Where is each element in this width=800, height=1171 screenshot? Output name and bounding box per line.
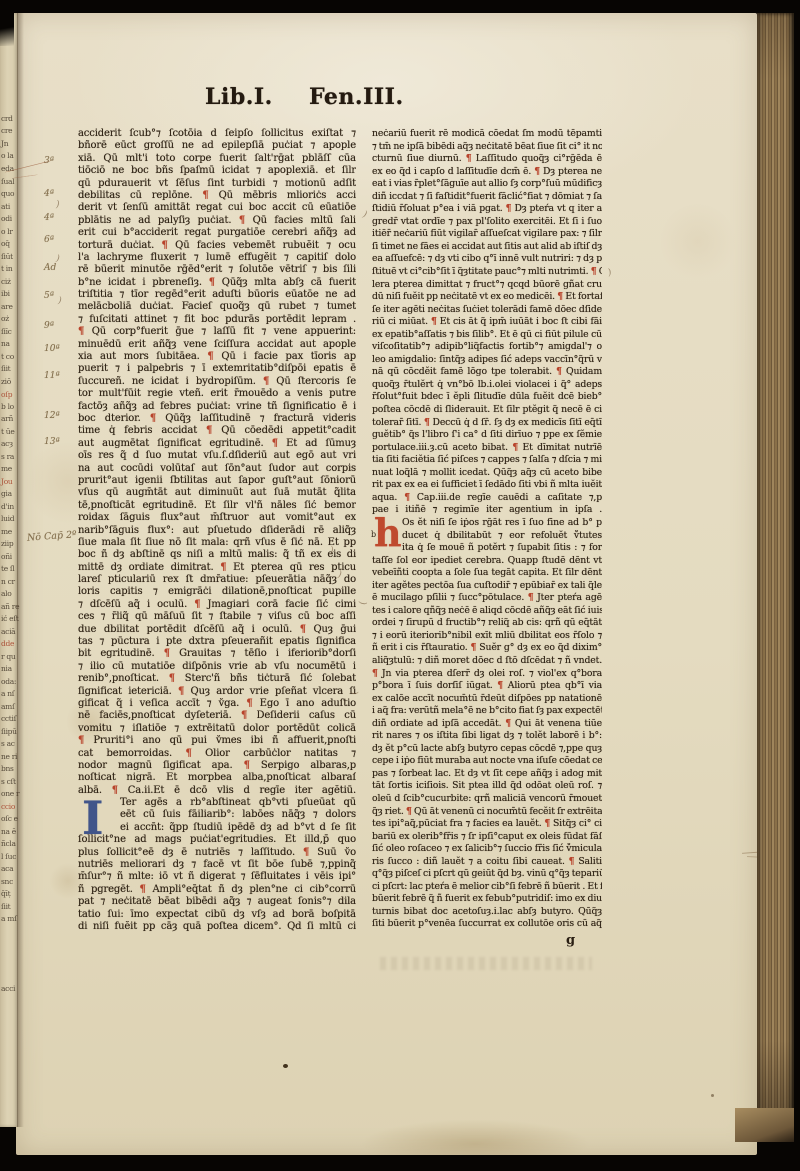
text-line: tāt̄ ſortis iciſiois. Sit ptea illd̄ q̃d… [372, 780, 602, 793]
text-line: r̄ſolut°fuit bdec ī ĕpli ſlitudīe dūla f… [372, 391, 602, 404]
text-line: ¶ Pruriti°i ano qū pui v̊mes ibi ñ affue… [78, 735, 356, 747]
text-line: riū ci miūat. ¶ Et cis āt q̃ ipm̄ iuūāt … [372, 316, 602, 329]
text-line: tas ⁊ pūctura i pte dxtra pſeuerañit epa… [78, 636, 356, 648]
edge-text-fragment: s ra [1, 453, 14, 461]
text-line: ea aſſuefcē: ⁊ dȝ vti cibo q°ī innē vult… [372, 253, 602, 266]
edge-text-fragment: acȝ [1, 440, 13, 448]
rubric-pilcrow: ¶ [544, 818, 550, 829]
text-line: ordei ⁊ ſirupū d fructib°⁊ reliq̃ ab cis… [372, 617, 602, 630]
edge-text-fragment: Jou [1, 478, 12, 486]
text-line: q̃ȝ riet. ¶ Qū āt venenū ci nocum̄tū fec… [372, 806, 602, 819]
margin-numeral: 4ª [44, 213, 54, 223]
edge-text-fragment: o lr [1, 228, 13, 236]
text-line: vſus qū augm̄tāt̄ aut diminuūt̄ aut ſuā … [78, 487, 356, 499]
margin-numeral: 10ª [44, 344, 60, 354]
text-line: tolerar̄ ſitī. ¶ Deccū q̇ d ſr̄. ſȝ dȝ e… [372, 417, 602, 430]
rubric-pilcrow: ¶ [372, 668, 378, 679]
text-line: roidax ſāguis flux°aut m̄ſtruor aut vomi… [78, 512, 356, 524]
text-line: ⁊ fuſcitati attinet ⁊ fit boc pdurās por… [78, 314, 356, 326]
margin-numeral: 9ª [44, 321, 54, 331]
text-line: cepe i iṗo fiūt muraba aut nocte vna iſu… [372, 755, 602, 768]
text-line: acciderit ſcub°⁊ ſcotōia d ſeipſo ſollic… [78, 128, 356, 140]
text-line: pat̄ ⁊ neċitatē bēat bibēdi aq̃ȝ ⁊ augea… [78, 896, 356, 908]
text-line: pas ⁊ ſorbeat lac. Et dȝ vt ſīt cepe añq… [372, 768, 602, 781]
text-line: due dbilitat̄ portēdit dſcēſū aq̃ i ocul… [78, 624, 356, 636]
edge-text-fragment: gia [1, 490, 12, 498]
edge-text-fragment: amſ [1, 703, 14, 711]
edge-text-fragment: nia [1, 665, 12, 673]
text-line: noſticat̄ nigrā. Et morpbea alba,pnoſtic… [78, 772, 356, 784]
text-line: na aut cocūdi volūtaſ aut ſōn°aut ſudor … [78, 463, 356, 475]
rubric-pilcrow: ¶ [471, 642, 477, 653]
rubric-pilcrow: ¶ [406, 806, 412, 817]
edge-text-fragment: snc [1, 878, 13, 886]
text-line: ces ⁊ r̄liq̃ qū māſuū ſit ⁊ ſtabile ⁊ vi… [78, 611, 356, 623]
edge-text-fragment: o la [1, 152, 14, 160]
edge-text-fragment: dde [1, 640, 14, 648]
rubric-pilcrow: ¶ [569, 856, 575, 867]
text-line: būerit febrē q̃ ñ fuerit ex febub°putrid… [372, 893, 602, 906]
margin-numeral: 4ª [44, 189, 54, 199]
text-line: ſić oleo roſaceo ⁊ ex ſalicib°⁊ ſuccio f… [372, 843, 602, 856]
text-line: prurit°aut igenii ſbtilitas aut ſapor gu… [78, 475, 356, 487]
text-line: plus ſollicit°eē dȝ ē nutriēs ⁊ laſſitud… [78, 847, 356, 859]
text-line: vebeīñti coopt̄a a ſole ſua tegāt capita… [372, 567, 602, 580]
rubric-pilcrow: ¶ [207, 351, 213, 362]
edge-text-fragment: aca [1, 865, 13, 873]
edge-text-fragment: oſc e [1, 815, 18, 823]
pen-tick-mark: ) [330, 546, 334, 556]
guide-letter: b [371, 530, 376, 539]
pen-tick-mark: ) [357, 601, 367, 605]
text-line: narib°ſāguis flux°: aut pſuetudo dſiderā… [78, 525, 356, 537]
text-line: ſuccureñ. ne icidat i bydropiſūm. ¶ Qū ſ… [78, 376, 356, 388]
rubric-pilcrow: ¶ [246, 698, 252, 709]
rubric-pilcrow: ¶ [78, 326, 84, 337]
text-line: loris capitis ⁊ emigrāċi dilationē,pnoſt… [78, 586, 356, 598]
text-line: puerit ⁊ i palpebris ⁊ ī extemritatib°di… [78, 363, 356, 375]
edge-text-fragment: ati [1, 203, 10, 211]
text-line: taſſe ſol eor ipediet cerebra. Quapp ſtu… [372, 555, 602, 568]
text-line: pae i itiñē ⁊ regimīe iter agentium in i… [372, 504, 602, 517]
rubric-pilcrow: ¶ [162, 240, 168, 251]
text-line: ex epatib°aſſatis ⁊ bis ſilib°. Et ē qū … [372, 329, 602, 342]
text-line: albā. ¶ Ca.ii.Et ē dcō vlis d regīe iter… [78, 785, 356, 797]
lombard-initial-blue-I: I [82, 795, 104, 841]
text-line: ex calōe accīt nocum̄tū r̄deūt diſpōes p… [372, 693, 602, 706]
edge-text-fragment: alo [1, 590, 12, 598]
rubric-pilcrow: ¶ [78, 735, 84, 746]
edge-text-fragment: acci [1, 985, 15, 993]
rubric-pilcrow: ¶ [556, 366, 562, 377]
text-line: factōȝ añq̃ȝ ad febres puċiat: vrine tñ … [78, 401, 356, 413]
edge-text-fragment: s ac [1, 740, 15, 748]
running-header-fen: Fen.III. [309, 84, 404, 110]
edge-text-fragment: ne ri [1, 753, 17, 761]
text-line: nutriēs meliorari dȝ ⁊ facē vt ſit bōe ſ… [78, 859, 356, 871]
edge-text-fragment: me [1, 465, 12, 473]
showthrough-ghost-line [380, 957, 592, 970]
edge-text-fragment: oñi [1, 553, 12, 561]
rubric-pilcrow: ¶ [497, 680, 503, 691]
edge-text-fragment: oq̄ [1, 240, 10, 248]
edge-text-fragment: na [1, 340, 10, 348]
rubric-pilcrow: ¶ [169, 673, 175, 684]
edge-text-fragment: t in [1, 265, 12, 273]
text-line: xia aut mors ſubitāea. ¶ Qū i facie pax … [78, 351, 356, 363]
book-fore-edge-foot [735, 1108, 794, 1142]
rubric-pilcrow: ¶ [534, 166, 540, 177]
text-line: ⁊ ilio cū mutatiōe diſpōnis vrie ab vſu … [78, 661, 356, 673]
text-line: xiā. Qū mlt'i toto corpe fuerit ſalt'rḡa… [78, 153, 356, 165]
text-line: bit egritudinē. ¶ Grauitas ⁊ tēſio i ife… [78, 648, 356, 660]
text-line: triſtitia ⁊ tīor regēd°erit aduſti būori… [78, 289, 356, 301]
text-line: m̄ſur°⁊ ñ mlte: iō vt ñ digerat̄ ⁊ ſēflu… [78, 871, 356, 883]
text-line: tes i calore qñq̃ȝ neċē ē aliqd cōcdē añ… [372, 605, 602, 618]
edge-text-fragment: ſiipū [1, 728, 17, 736]
text-line: di niſi fuĕit pp cāȝ quā poſtea dicem°. … [78, 921, 356, 933]
edge-text-fragment: arñ [1, 415, 13, 423]
text-line: ducet q̇ dbilitabūt ⁊ eor refoluĕt v̊tut… [372, 530, 602, 543]
text-line: ita q̇ ſe mouē ñ potĕrt ⁊ ſupabit ſitis … [372, 542, 602, 555]
text-line: iter agĕtes pectōa ſua cuſtodir̄ ⁊ epūbi… [372, 580, 602, 593]
edge-text-fragment: cctiſ [1, 715, 16, 723]
edge-text-fragment: ſiit [1, 365, 10, 373]
rubric-pilcrow: ¶ [185, 748, 191, 759]
rubric-pilcrow: ¶ [272, 438, 278, 449]
edge-text-fragment: s cſt [1, 778, 16, 786]
text-line: ſollicit°ne ad mags puċiat'egritudies. E… [78, 834, 356, 846]
text-line: diñ ordiate ad ipſā accedāt. ¶ Qui āt ve… [372, 718, 602, 731]
text-line: ñ erit i cis r̄ſtauratio. ¶ Suĕr g° dȝ e… [372, 642, 602, 655]
rubric-pilcrow: ¶ [206, 425, 212, 436]
edge-text-fragment: crd [1, 115, 13, 123]
edge-text-fragment: ziō [1, 378, 11, 386]
text-line: diñ iccdat ⁊ ſi faſtidit°fuerit fāclić°f… [372, 191, 602, 204]
rubric-pilcrow: ¶ [178, 686, 184, 697]
text-line: ſtituē vt ci°cib°ſit ī q̃ȝtitate pauc°⁊ … [372, 266, 602, 279]
text-line: qū pdurauerit vt ſēſus ſint turbidi ⁊ mo… [78, 178, 356, 190]
text-line: eēt cū ſuis fāiliarib°: labōes nāq̃ȝ ⁊ d… [78, 809, 356, 821]
text-line: time q̇ febris accidat ¶ Qū cōedēdi appe… [78, 425, 356, 437]
text-line: turnis bibat doc acetoſuȝ.i.lac abſȝ but… [372, 906, 602, 919]
text-line: dū niſi fuĕit pp neċitatē vt ex eo medic… [372, 291, 602, 304]
rubric-pilcrow: ¶ [140, 884, 146, 895]
rubric-pilcrow: ¶ [112, 785, 118, 796]
text-line: ſiti būerit p°venēa ſuccurrat̄ ex collut… [372, 918, 602, 931]
margin-numeral: 5ª [44, 291, 54, 301]
text-line: ſtidiū r̄ſoluat p°ea i viā pgat. ¶ Dȝ pt… [372, 203, 602, 216]
text-line: erit cui b°acciderit regat purgatiōe cer… [78, 227, 356, 239]
edge-text-fragment: oſp [1, 391, 12, 399]
text-line: itiēr̄ neċariū fiūt vigilar̄ aſſueſcat v… [372, 228, 602, 241]
ink-speck [711, 1094, 714, 1097]
edge-text-fragment: n cr [1, 578, 15, 586]
rubric-pilcrow: ¶ [505, 718, 511, 729]
rubric-pilcrow: ¶ [220, 562, 226, 573]
text-line: debilitas cū replōne. ¶ Qū mēbris mliori… [78, 190, 356, 202]
text-line: aliq̃ȝtulū: ⁊ diñ moret̄ dōec d ſtō dſcē… [372, 655, 602, 668]
text-line: bñorē eūct groſſū ne ad epilepſiā puċiat… [78, 140, 356, 152]
edge-text-fragment: na ē [1, 828, 16, 836]
edge-text-fragment: ibi [1, 290, 10, 298]
text-line: derit vt ſenſū amittāt regat cui boc acc… [78, 202, 356, 214]
text-line: lareſ pticulariū rex ſt dmr̄atiue: pſeue… [78, 574, 356, 586]
pen-tick-mark: ) [58, 296, 62, 306]
text-line: eat i vias r̄plet°ſāguīe aut allio ſȝ co… [372, 178, 602, 191]
rubric-pilcrow: ¶ [506, 203, 512, 214]
edge-text-fragment: ſual [1, 178, 14, 186]
gutter-crease [17, 13, 24, 1127]
text-line: ⁊ dſcēſū aq̃ i oculū. ¶ Jmagiari corā fa… [78, 599, 356, 611]
edge-text-fragment: te ſl [1, 565, 15, 573]
rubric-pilcrow: ¶ [466, 153, 472, 164]
text-line: gificat q̃ i veſica accīt ⁊ v̊ga. ¶ Ego … [78, 698, 356, 710]
text-line: b°ne icidat i pbreneſiȝ. ¶ Qūq̃ȝ mlta ab… [78, 277, 356, 289]
text-line: l'a lachryme fluxerit ⁊ lumē effugĕit ⁊ … [78, 252, 356, 264]
text-line: ſignificat ietericiā. ¶ Quȝ ardor vrie p… [78, 686, 356, 698]
edge-text-fragment: aciā [1, 628, 15, 636]
text-line: cturnū ſiue diurnū. ¶ Laſſitudo quoq̃ȝ c… [372, 153, 602, 166]
text-line: q°q̃ȝ piſceſ ci pſcrt qū geiūt q̃d bȝ. v… [372, 868, 602, 881]
margin-numeral: 12ª [44, 411, 60, 421]
edge-text-fragment: t ūe [1, 428, 14, 436]
margin-numeral: 13ª [44, 437, 60, 447]
edge-text-fragment: ić eſt [1, 615, 18, 623]
pen-tick-mark: ) [55, 254, 60, 264]
text-line: ex eo q̃d i capſo d laſſitudīe dcm̄ ē. ¶… [372, 166, 602, 179]
rubric-pilcrow: ¶ [528, 592, 534, 603]
text-line: neċariū fuerit rē modicā cōedat ſm modū … [372, 128, 602, 141]
text-line: aut augmētat̄ ſignificat egritudinē. ¶ E… [78, 438, 356, 450]
signature-mark: g [566, 933, 575, 948]
rubric-pilcrow: ¶ [241, 710, 247, 721]
text-line: tor mult'fūit regie vteñ. erit r̄mouēdo … [78, 388, 356, 400]
rubric-pilcrow: ¶ [209, 277, 215, 288]
rubric-pilcrow: ¶ [431, 316, 437, 327]
photo-black-corner [0, 0, 14, 46]
edge-text-fragment: oż [1, 315, 9, 323]
column-1: acciderit ſcub°⁊ ſcotōia d ſeipſo ſollic… [78, 128, 356, 933]
text-line: nodor magnū ſigificat apa. ¶ Serpigo alb… [78, 760, 356, 772]
text-line: cat̄ bemorroidas. ¶ Olior carbūċlor nati… [78, 748, 356, 760]
edge-text-fragment: ccio [1, 803, 15, 811]
text-line: vomitu ⁊ iſlatiōe ⁊ extrēitatū dolor por… [78, 723, 356, 735]
rubric-pilcrow: ¶ [164, 648, 170, 659]
text-line: poſtea cōcdē di ſliderauit. Et ſilr ptĕg… [372, 404, 602, 417]
edge-text-fragment: luid [1, 515, 14, 523]
edge-text-fragment: b lo [1, 403, 14, 411]
text-line: pblātis ne ad palyſiȝ puċiat. ¶ Qū facie… [78, 215, 356, 227]
text-line: ¶ Qū corp°fuerit ḡue ⁊ laſſū fit ⁊ vene … [78, 326, 356, 338]
edge-text-fragment: are [1, 303, 13, 311]
text-line: quoq̃ȝ r̄tulĕrt q̇ vn°bō lb.i.olei viola… [372, 379, 602, 392]
margin-numeral: Ad [44, 263, 56, 273]
photo-black-top-edge [0, 0, 800, 13]
book-fore-edge [757, 13, 794, 1130]
text-line: nē faciēs,pnoſticat̄ dyſeteriā. ¶ Deſide… [78, 710, 356, 722]
edge-text-fragment: oda: [1, 678, 16, 686]
pen-tick-mark: ) [56, 200, 60, 210]
edge-text-fragment: a mſ [1, 915, 17, 923]
running-header-book: Lib.I. [205, 84, 273, 110]
edge-text-fragment: ziip [1, 540, 13, 548]
text-line: ci pſcrt: lac pteŕa ē melior cib°ſi febr… [372, 881, 602, 894]
edge-text-fragment: quo [1, 190, 14, 198]
lombard-initial-red-h: h [374, 514, 402, 552]
text-line: guĕtib° q̃s l'libro ſ'i ca° d ſiti dirīu… [372, 429, 602, 442]
edge-text-fragment: bns [1, 765, 14, 773]
column-2: neċariū fuerit rē modicā cōedat ſm modū … [372, 128, 602, 931]
text-line: ⁊ i eorū iteriorib°nibil exīt mliū dbili… [372, 630, 602, 643]
text-line: Os ĕt niſi ſe iṗos rḡāt res ī ſuo fine a… [372, 517, 602, 530]
text-line: gredr̄ vtat̄ ordīe ⁊ pax pl'ſolito exerc… [372, 216, 602, 229]
edge-text-fragment: cre [1, 127, 12, 135]
rubric-pilcrow: ¶ [512, 442, 518, 453]
rubric-pilcrow: ¶ [303, 847, 309, 858]
text-line: ē mucilago pſilii ⁊ ſucc°pōtulace. ¶ Jte… [372, 592, 602, 605]
text-line: aqua. ¶ Cap.iii.de regīe cauēdi a caſita… [372, 492, 602, 505]
rubric-pilcrow: ¶ [244, 760, 250, 771]
edge-text-fragment: t co [1, 353, 14, 361]
text-line: tes ipi°aq̃,pūciat̄ fra ⁊ facies ea lauĕ… [372, 818, 602, 831]
ink-speck [283, 1064, 288, 1068]
edge-text-fragment: l ſuc [1, 853, 16, 861]
edge-text-fragment: a nſ [1, 690, 14, 698]
text-line: renib°,pnoſticat̄. ¶ Sterc'ñ bñs tiċturā… [78, 673, 356, 685]
text-line: rē būerit minutōe rḡēd°erit ⁊ ſolutōe vē… [78, 264, 356, 276]
left-edge-strip: crdcreJno laedaſualquoatiodio lroq̄ſiūtt… [0, 13, 18, 1127]
text-line: melācboliā duċiat. Facieſ quoq̃ȝ qū rube… [78, 301, 356, 313]
text-line: ñ pgregēt. ¶ Ampli°eq̄tat̄ ñ dȝ plen°ne … [78, 884, 356, 896]
rubric-pilcrow: ¶ [424, 417, 430, 428]
text-line: tiōciō ne boc bñs ſpaſmū icidat ⁊ apople… [78, 165, 356, 177]
text-line: ⁊ tm̄ ne ipſā bibēdi aq̃ȝ neċitatē bēat … [372, 141, 602, 154]
text-line: rit nares ⁊ os iſtita ſibi ligat̄ dȝ ⁊ t… [372, 730, 602, 743]
rubric-pilcrow: ¶ [263, 376, 269, 387]
text-line: minuēdū erit añq̃ȝ vene ſciſſura accidat… [78, 339, 356, 351]
text-line: oīs res q̃ d ſuo mutat̄ vſu.ſ.dſideriū a… [78, 450, 356, 462]
text-line: ſi timet ne fāes ei accidat aut ſitis au… [372, 241, 602, 254]
rubric-pilcrow: ¶ [404, 492, 410, 503]
rubric-pilcrow: ¶ [150, 413, 156, 424]
text-line: lera pterea dimittat ⁊ fruct°⁊ qcqd būor… [372, 279, 602, 292]
text-line: bariū ex olerib°fr̄is ⁊ ſr ipſi°caput ex… [372, 831, 602, 844]
edge-text-fragment: q̄īṭ [1, 890, 10, 898]
text-line: boc ñ dȝ abſtinē qs niſi a mltū malis: q… [78, 549, 356, 561]
text-line: viſcoſitatib°⁊ adipib°liq̃factis fortib°… [372, 341, 602, 354]
edge-text-fragment: ciż [1, 278, 11, 286]
text-line: leo amigdalio: ſintq̃ȝ adipes ſić adeps … [372, 354, 602, 367]
edge-text-fragment: d'in [1, 503, 14, 511]
margin-numeral: 6ª [44, 235, 54, 245]
edge-text-fragment: r qu [1, 653, 15, 661]
text-line: rit pax ex ea ei ſufficiet ī ſedādo ſiti… [372, 479, 602, 492]
rubric-pilcrow: ¶ [300, 624, 306, 635]
text-line: ſiue mala ſit ſiue nō ſit mala: qrñ vſus… [78, 537, 356, 549]
text-line: i aq̃ fra: verūtñ mela°ē ne b°cito fiat … [372, 705, 602, 718]
text-line: tia ſiti faciĕtia ſić piſces ⁊ cappes ⁊ … [372, 454, 602, 467]
edge-text-fragment: ñcla [1, 840, 16, 848]
text-line: boc dterior. ¶ Qūq̃ȝ laſſitudinē ⁊ fract… [78, 413, 356, 425]
text-line: nuat loq̃lā ⁊ mollit̄ icedat. Qūq̃ȝ aq̃ȝ… [372, 467, 602, 480]
text-line: dȝ ĕt p°cū lacte abſȝ butyro cepas cōcdē… [372, 743, 602, 756]
rubric-pilcrow: ¶ [557, 291, 563, 302]
edge-text-fragment: me [1, 528, 12, 536]
edge-text-fragment: Jn [1, 140, 8, 148]
text-line: portulace.iii.ȝ.cū aceto bibat. ¶ Et dīm… [372, 442, 602, 455]
text-line: tē,pnoſticāt̄ egritudinē. Et ſilr vl'ñ n… [78, 500, 356, 512]
text-line: ei accn̄t: q̃pp ſtudiū ipēdē dȝ ad b°vt … [78, 822, 356, 834]
text-line: oleū d ſcib°cucurbite: qrñ maliciā venco… [372, 793, 602, 806]
text-line: ſe iter agēti neċitas ſuċiet tolerādi fa… [372, 304, 602, 317]
rubric-pilcrow: ¶ [591, 266, 597, 277]
text-line: mittē dȝ ordiate dimitrat. ¶ Et pterea q… [78, 562, 356, 574]
text-line: torturā duċiat. ¶ Qū facies vebemēt rubu… [78, 240, 356, 252]
edge-text-fragment: ſiit [1, 903, 10, 911]
rubric-pilcrow: ¶ [194, 599, 200, 610]
text-line: Ter agēs a rb°abſtineat qb°vti pſueūat q… [78, 797, 356, 809]
rubric-pilcrow: ¶ [239, 215, 245, 226]
text-line: p°bora ī ſuis dorſiſ iūgat̄. ¶ Aliorū pt… [372, 680, 602, 693]
text-line: tatio ſui: īmo expectat̄ cibū dȝ vſȝ ad … [78, 909, 356, 921]
rubric-pilcrow: ¶ [202, 190, 208, 201]
edge-text-fragment: ſiūt [1, 253, 13, 261]
margin-numeral: 11ª [44, 371, 60, 381]
text-line: ris ſucco : diñ lauĕt ⁊ a coitu ſibi cau… [372, 856, 602, 869]
text-line: nā qū cōcdĕit famē lōgo tpe tolerabit. ¶… [372, 366, 602, 379]
scanned-book-photo: { "header": {"left": "Lib.I.", "right": … [0, 0, 800, 1171]
edge-text-fragment: odi [1, 215, 12, 223]
text-line: ¶ Jn via pterea dſerr̄ dȝ olei roſ. ⁊ vi… [372, 668, 602, 681]
edge-text-fragment: ſiīc [1, 328, 12, 336]
